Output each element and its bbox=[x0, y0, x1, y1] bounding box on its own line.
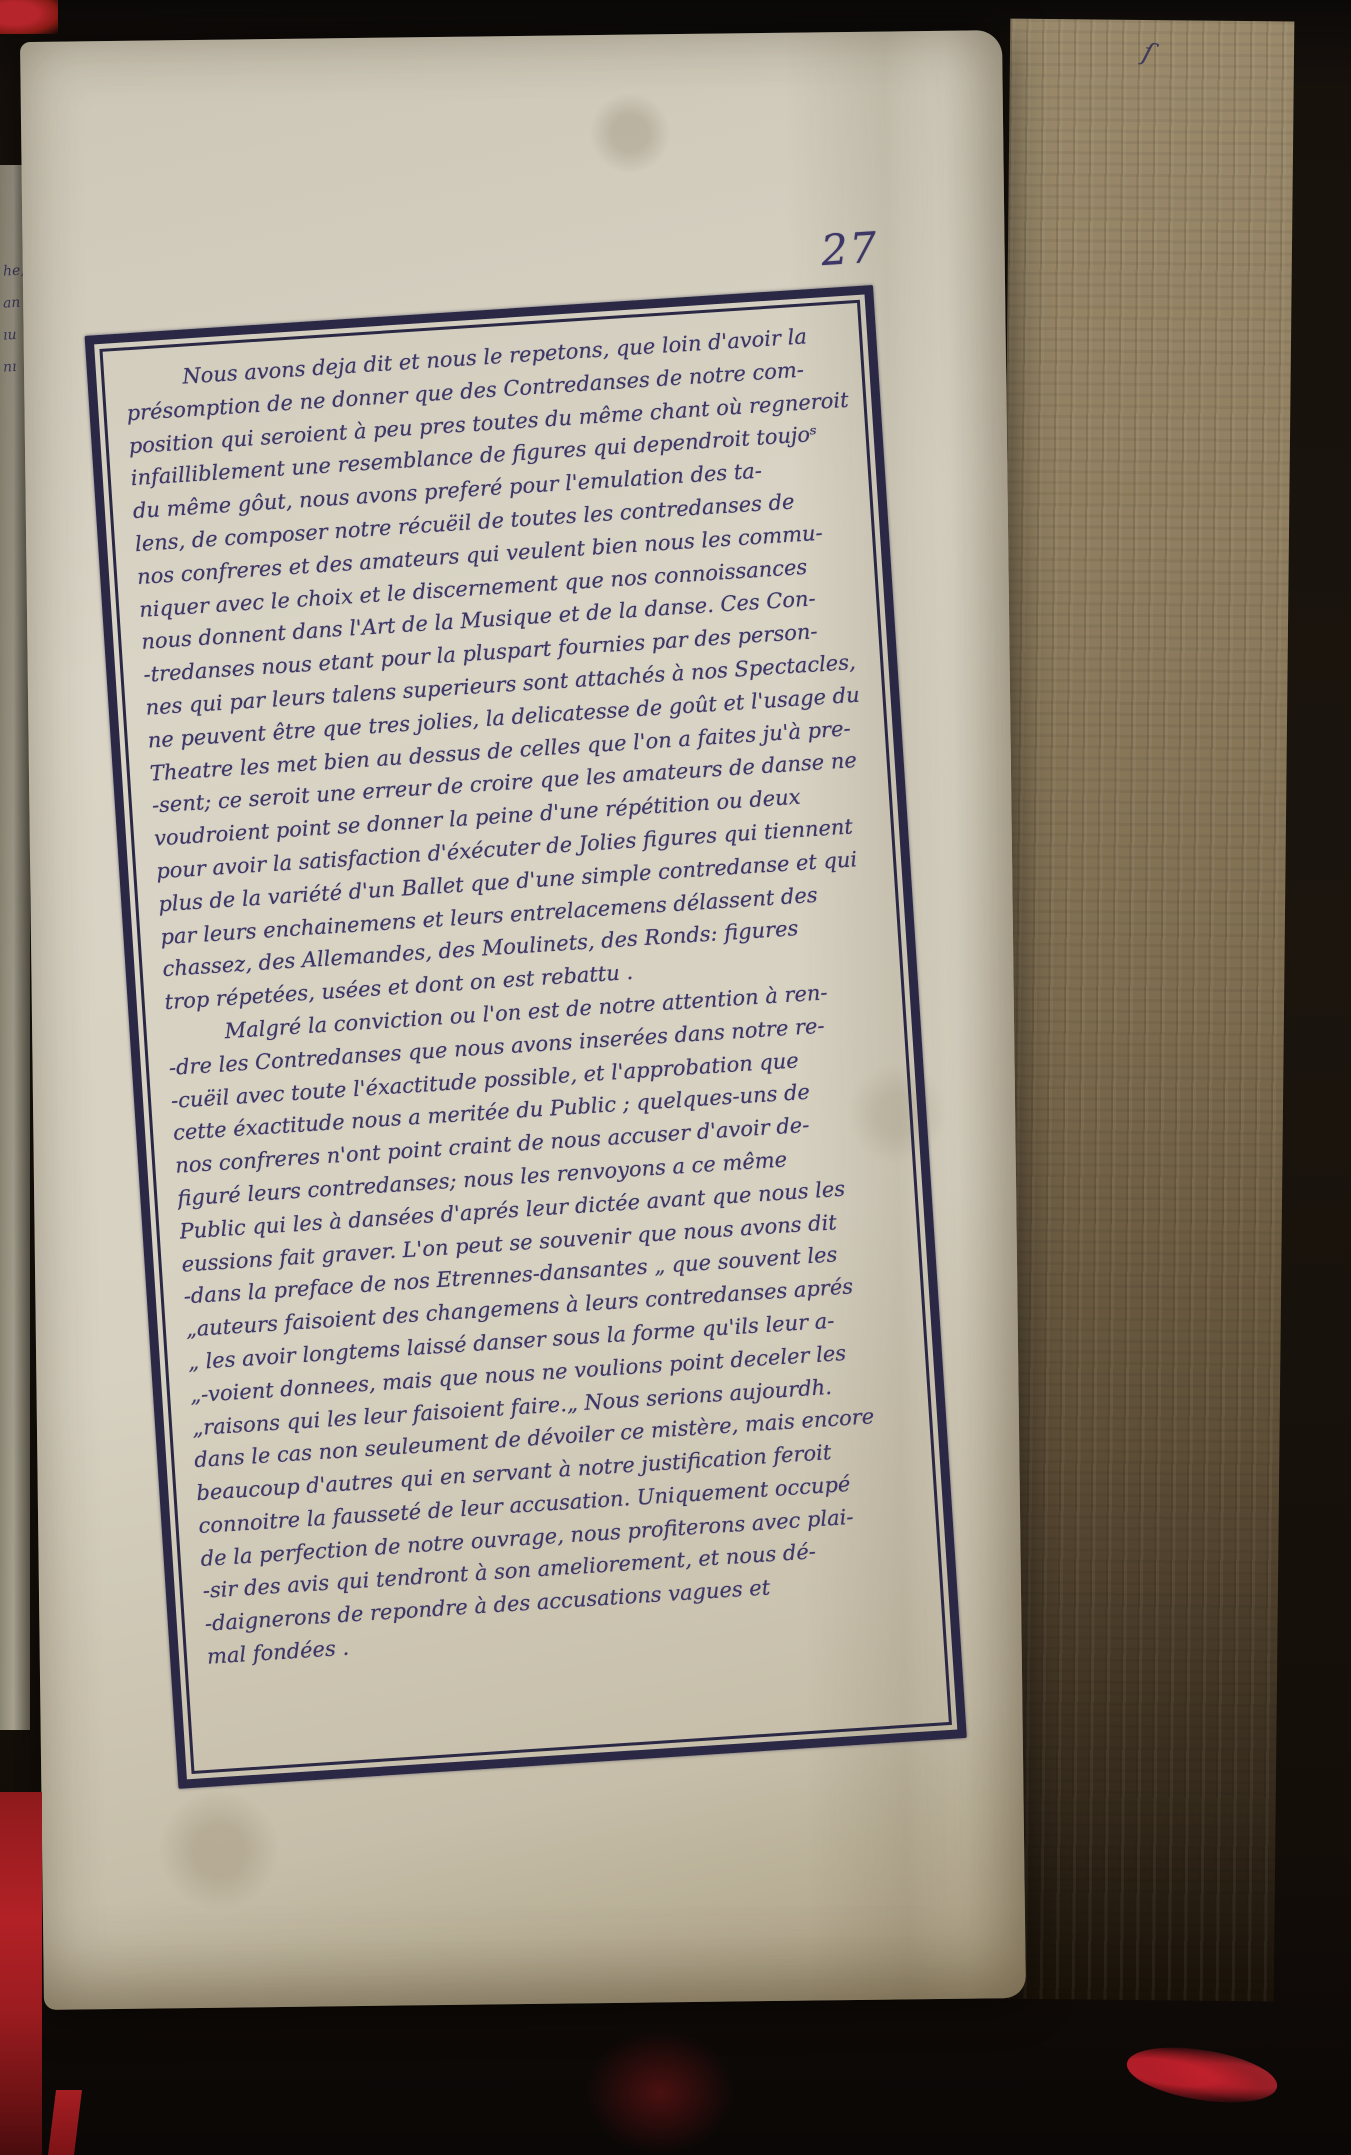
text-fragment: an bbox=[3, 294, 26, 311]
ruled-frame-outer: Nous avons deja dit et nous le repetons,… bbox=[85, 285, 967, 1789]
text-fragment: nı bbox=[3, 358, 26, 375]
ruled-frame-inner: Nous avons deja dit et nous le repetons,… bbox=[99, 300, 952, 1774]
book-fore-edge bbox=[990, 19, 1295, 2002]
red-marbled-edge-bottom-right bbox=[1123, 2038, 1281, 2111]
maroon-shadow-glow bbox=[585, 2030, 735, 2155]
red-cover-sliver-bottom bbox=[48, 2090, 82, 2155]
book-photograph: he,anıunı 27 Nous avons deja dit et nous… bbox=[0, 0, 1351, 2155]
book-page: 27 Nous avons deja dit et nous le repeto… bbox=[20, 30, 1026, 2010]
red-cover-strip-bottom-left bbox=[0, 1792, 42, 2155]
text-fragment: ıu bbox=[3, 326, 26, 343]
facing-page-text-fragments: he,anıunı bbox=[3, 263, 25, 375]
red-cover-patch-top-left bbox=[0, 0, 58, 34]
page-number: 27 bbox=[820, 223, 880, 276]
manuscript-frame-area: 27 Nous avons deja dit et nous le repeto… bbox=[82, 239, 967, 1792]
manuscript-text-block: Nous avons deja dit et nous le repetons,… bbox=[123, 317, 940, 1757]
